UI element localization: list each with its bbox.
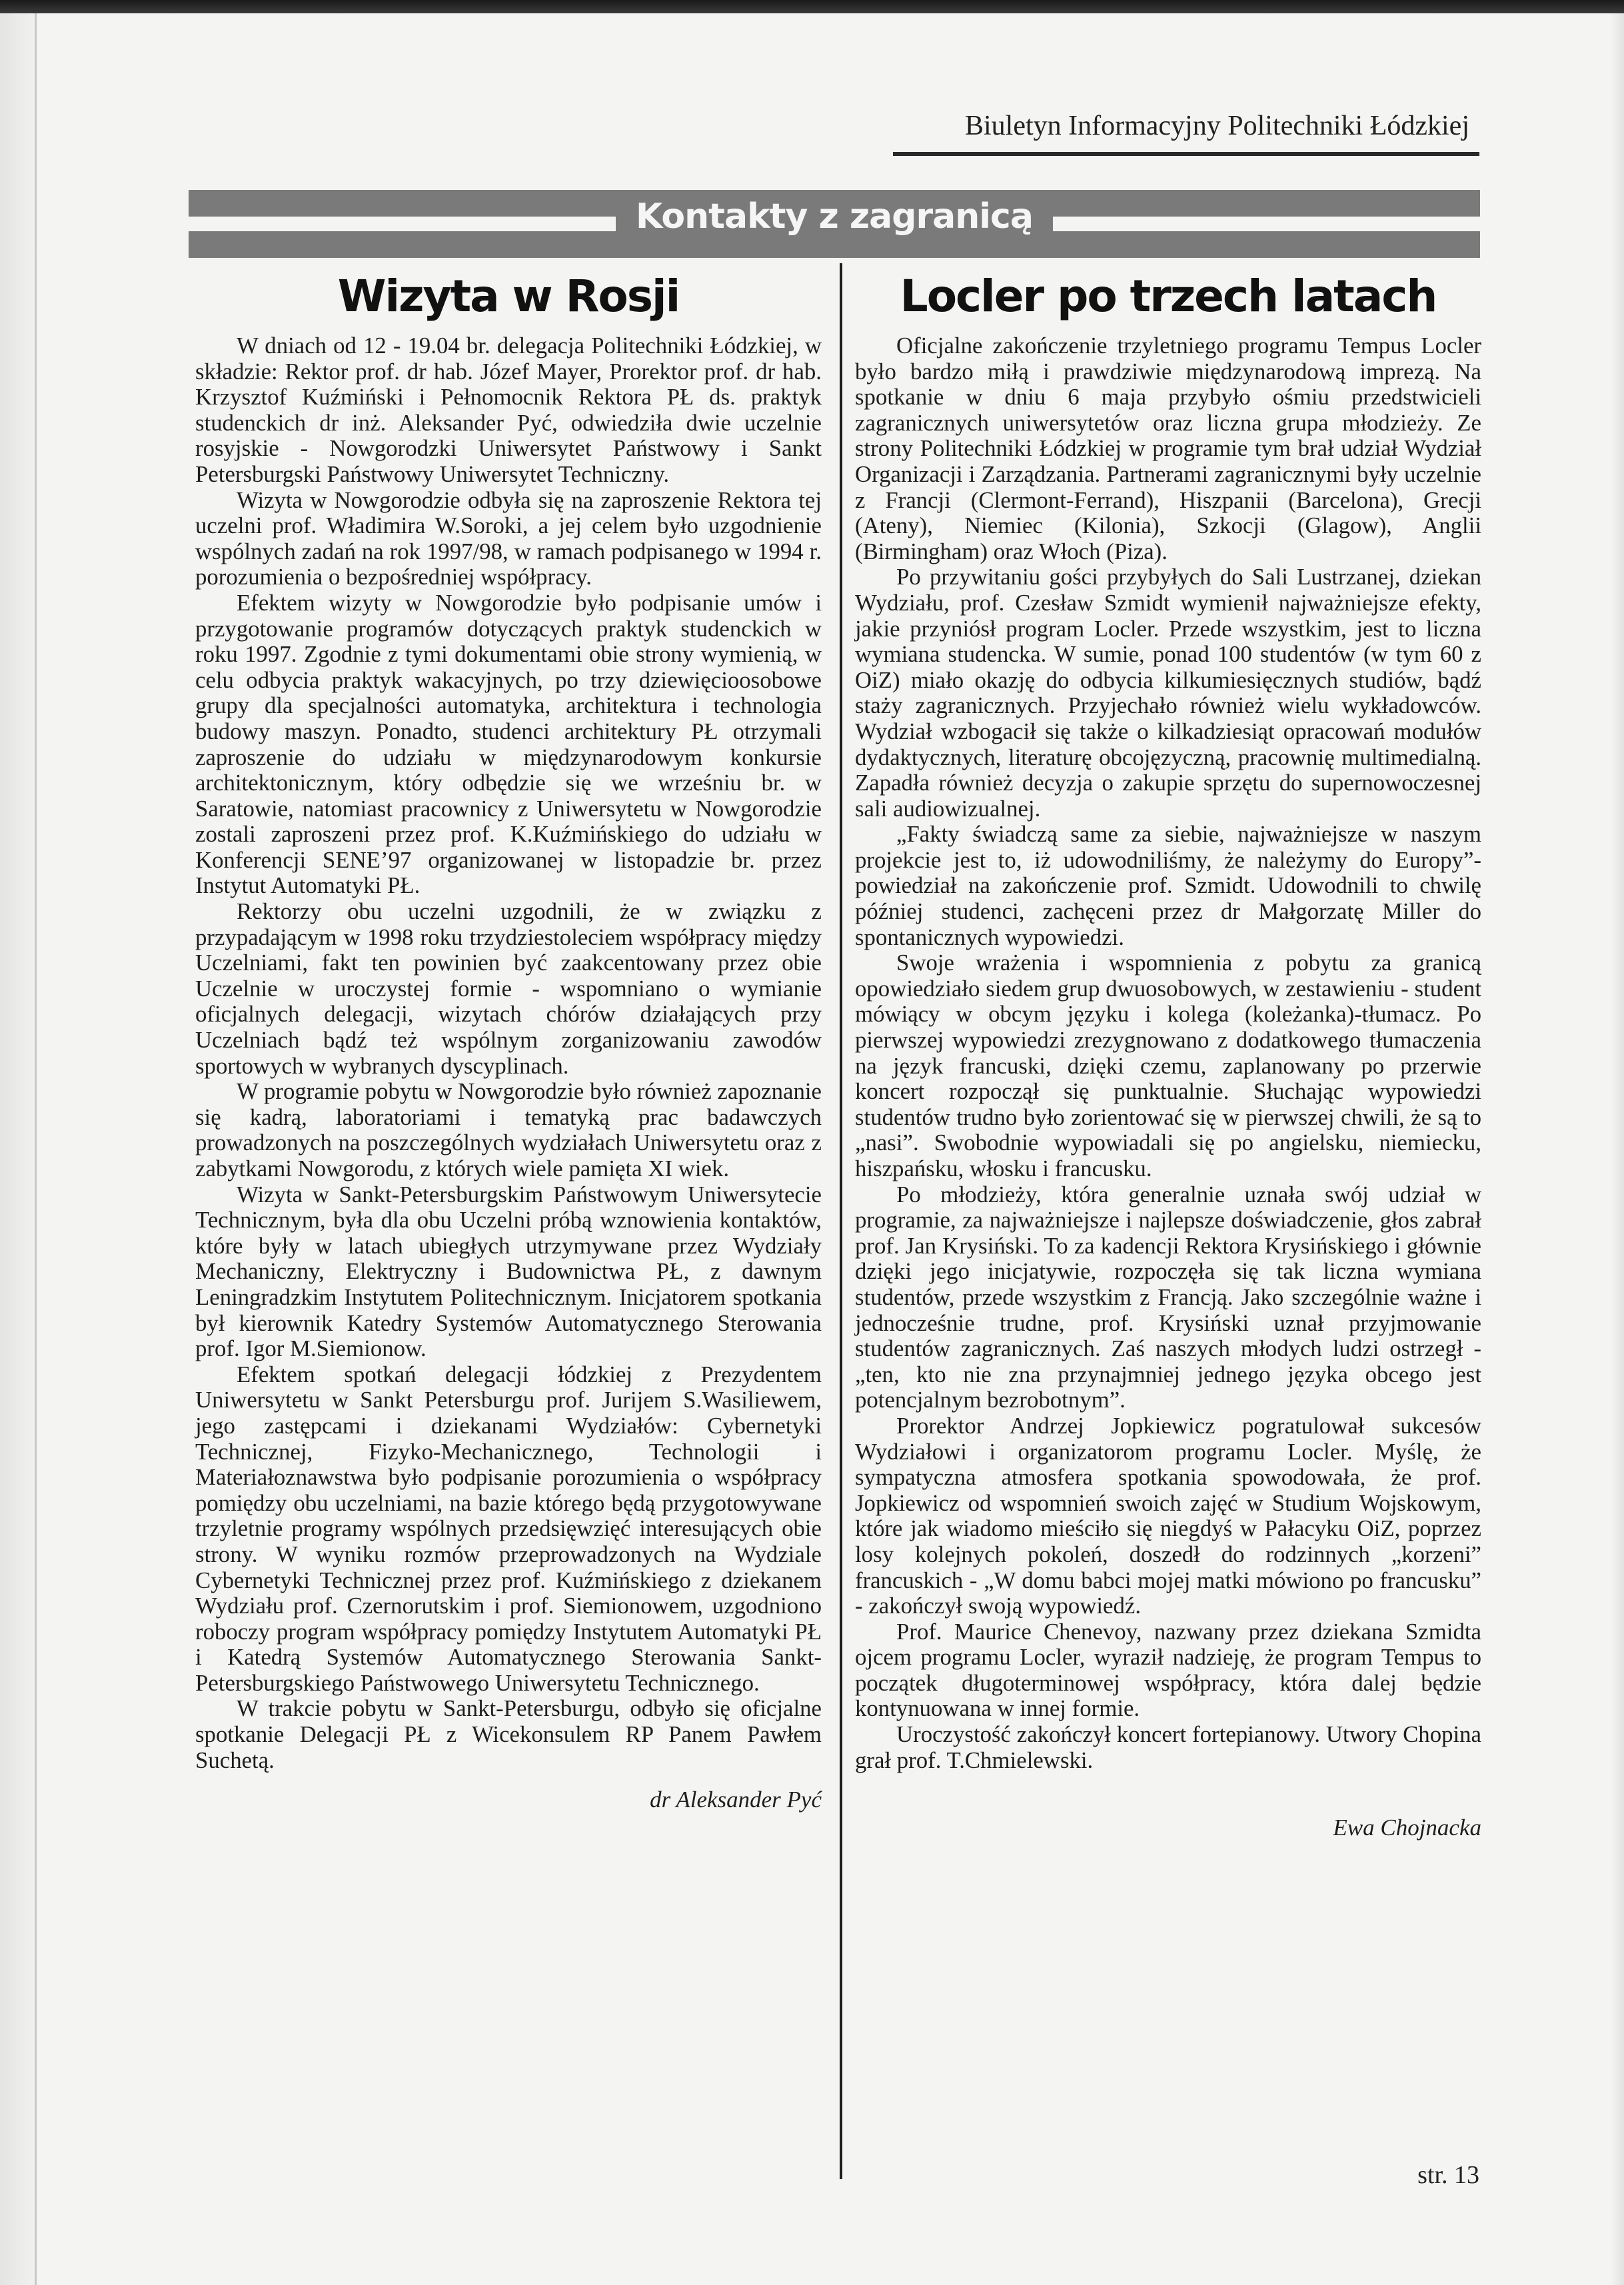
article-body: Oficjalne zakończenie trzyletniego progr…: [855, 333, 1481, 1773]
paragraph: W programie pobytu w Nowgorodzie było ró…: [195, 1079, 822, 1181]
paragraph: W trakcie pobytu w Sankt-Petersburgu, od…: [195, 1696, 822, 1773]
article-title: Locler po trzech latach: [855, 267, 1481, 327]
article-body: W dniach od 12 - 19.04 br. delegacja Pol…: [195, 333, 822, 1773]
paragraph: Wizyta w Nowgorodzie odbyła się na zapro…: [195, 488, 822, 590]
paragraph: Wizyta w Sankt-Petersburgskim Państwowym…: [195, 1182, 822, 1362]
page-number: str. 13: [1417, 2160, 1479, 2190]
paragraph: Po przywitaniu gości przybyłych do Sali …: [855, 564, 1481, 822]
publication-title: Biuletyn Informacyjny Politechniki Łódzk…: [965, 110, 1469, 142]
scan-edge-top: [0, 0, 1624, 13]
article-locler-po-trzech-latach: Locler po trzech latach Oficjalne zakońc…: [855, 267, 1481, 1841]
paragraph: Efektem spotkań delegacji łódzkiej z Pre…: [195, 1362, 822, 1697]
paragraph: Efektem wizyty w Nowgorodzie było podpis…: [195, 590, 822, 899]
section-banner: Kontakty z zagranicą: [189, 190, 1480, 259]
header-rule: [893, 152, 1479, 156]
article-title: Wizyta w Rosji: [195, 267, 822, 327]
article-author: Ewa Chojnacka: [855, 1815, 1481, 1841]
article-author: dr Aleksander Pyć: [195, 1787, 822, 1813]
binding-fold: [35, 13, 37, 2285]
paragraph: W dniach od 12 - 19.04 br. delegacja Pol…: [195, 333, 822, 488]
paragraph: Rektorzy obu uczelni uzgodnili, że w zwi…: [195, 899, 822, 1079]
column-divider: [840, 263, 842, 2179]
paragraph: Swoje wrażenia i wspomnienia z pobytu za…: [855, 950, 1481, 1181]
paragraph: „Fakty świadczą same za siebie, najważni…: [855, 822, 1481, 950]
section-title: Kontakty z zagranicą: [616, 194, 1053, 243]
paragraph: Po młodzieży, która generalnie uznała sw…: [855, 1182, 1481, 1413]
paragraph: Prorektor Andrzej Jopkiewicz pogratulowa…: [855, 1413, 1481, 1619]
paragraph: Prof. Maurice Chenevoy, nazwany przez dz…: [855, 1619, 1481, 1722]
scan-edge-right: [1611, 13, 1624, 2285]
paragraph: Oficjalne zakończenie trzyletniego progr…: [855, 333, 1481, 564]
paragraph: Uroczystość zakończył koncert fortepiano…: [855, 1722, 1481, 1773]
binding-gutter: [0, 13, 35, 2285]
article-wizyta-w-rosji: Wizyta w Rosji W dniach od 12 - 19.04 br…: [195, 267, 822, 1813]
